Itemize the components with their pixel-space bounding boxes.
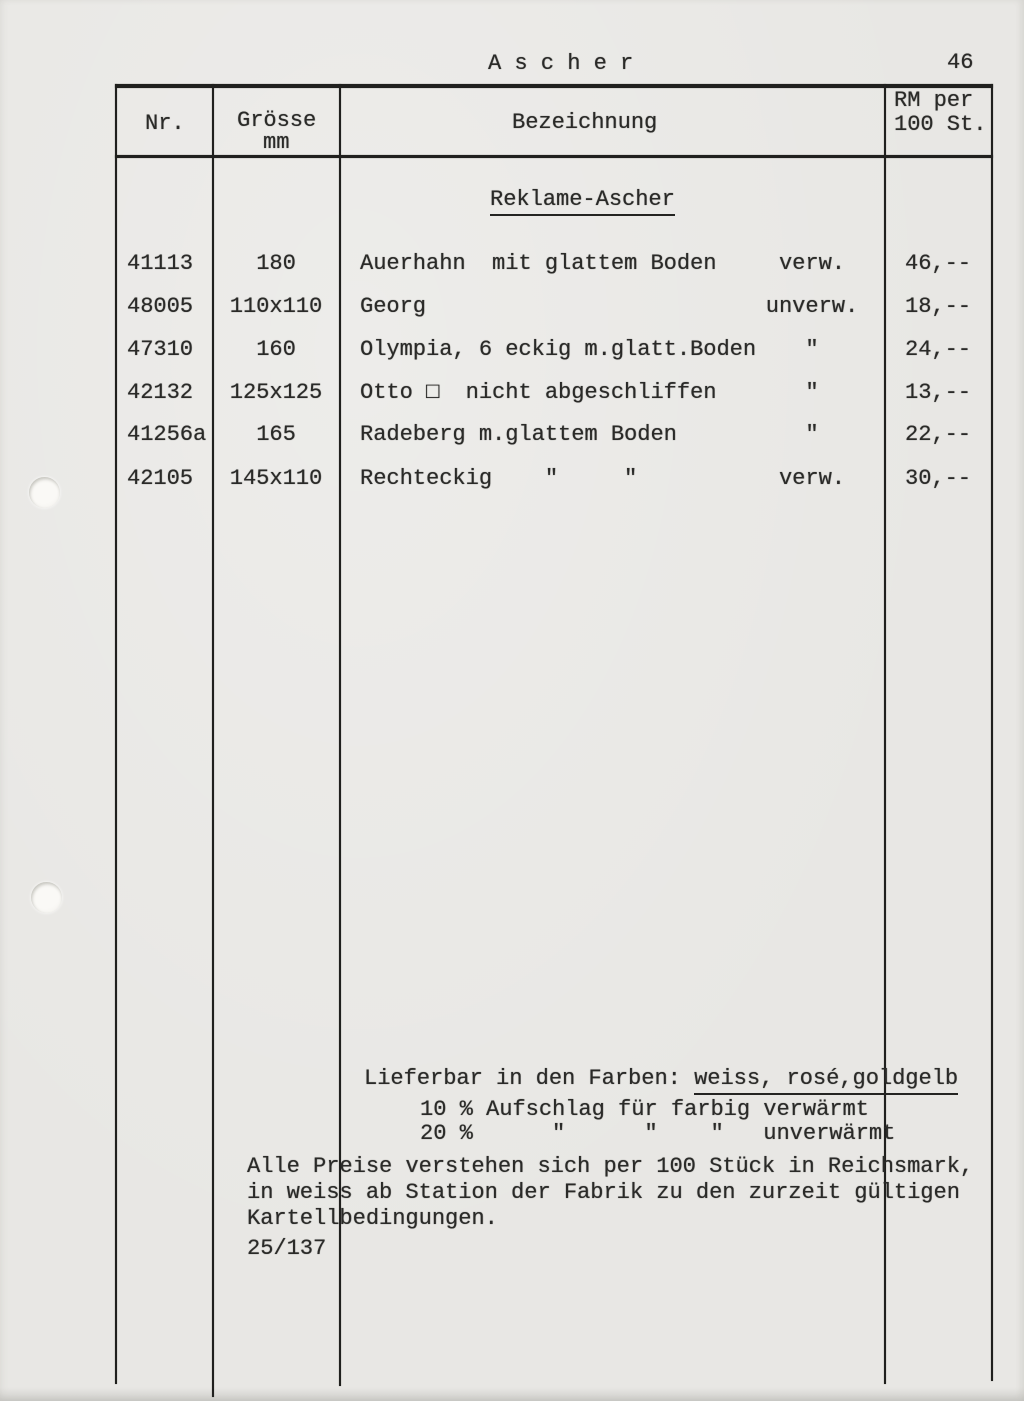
scanned-price-list-page: A s c h e r 46 Nr. Grösse mm Bezeichnung… [0,0,1024,1401]
cell-nr: 47310 [127,339,193,361]
cell-bezeichnung: Auerhahn mit glattem Boden [360,253,716,275]
cell-preis: 22,-- [905,424,971,446]
cell-groesse: 165 [213,424,339,446]
cell-zustand: " [762,382,862,404]
punch-hole-top [29,477,60,508]
cell-groesse: 145x110 [213,468,339,490]
column-header-groesse-unit: mm [263,132,289,154]
cell-bezeichnung: Rechteckig " " [360,468,637,490]
cell-zustand: verw. [762,468,862,490]
page-number: 46 [947,52,973,74]
colors-label: Lieferbar in den Farben: [364,1066,694,1091]
cell-bezeichnung: Radeberg m.glattem Boden [360,424,677,446]
cell-nr: 42132 [127,382,193,404]
column-header-groesse: Grösse [237,110,316,132]
column-header-bezeichnung: Bezeichnung [512,112,657,134]
cell-bezeichnung: Otto □ nicht abgeschliffen [360,382,716,404]
surcharge-line-1: 10 % Aufschlag für farbig verwärmt [420,1099,869,1121]
cell-zustand: " [762,424,862,446]
column-header-price-line1: RM per [894,90,973,112]
section-title: Reklame-Ascher [490,189,675,216]
cell-nr: 41113 [127,253,193,275]
cell-nr: 42105 [127,468,193,490]
table-header-separator [115,155,993,158]
cell-zustand: " [762,339,862,361]
column-header-nr: Nr. [145,113,185,135]
cell-groesse: 180 [213,253,339,275]
cell-groesse: 160 [213,339,339,361]
cell-nr: 48005 [127,296,193,318]
cell-groesse: 125x125 [213,382,339,404]
cell-preis: 24,-- [905,339,971,361]
cell-preis: 13,-- [905,382,971,404]
cell-zustand: verw. [762,253,862,275]
table-border-right [991,84,993,1381]
cell-zustand: unverw. [762,296,862,318]
column-header-price-line2: 100 St. [894,114,986,136]
punch-hole-bottom [31,882,62,913]
table-border-top [115,84,993,88]
cell-groesse: 110x110 [213,296,339,318]
price-note: Alle Preise verstehen sich per 100 Stück… [247,1154,973,1232]
cell-preis: 30,-- [905,468,971,490]
cell-bezeichnung: Olympia, 6 eckig m.glatt.Boden [360,339,756,361]
colors-value: weiss, rosé,goldgelb [694,1066,958,1095]
page-title: A s c h e r [488,53,633,75]
cell-preis: 46,-- [905,253,971,275]
cell-preis: 18,-- [905,296,971,318]
cell-bezeichnung: Georg [360,296,426,318]
column-divider-nr-groesse [212,84,214,1397]
surcharge-line-2: 20 % " " " unverwärmt [420,1123,895,1145]
catalog-ref: 25/137 [247,1238,326,1260]
table-border-left [115,84,117,1384]
colors-line: Lieferbar in den Farben: weiss, rosé,gol… [364,1068,958,1090]
cell-nr: 41256a [127,424,206,446]
